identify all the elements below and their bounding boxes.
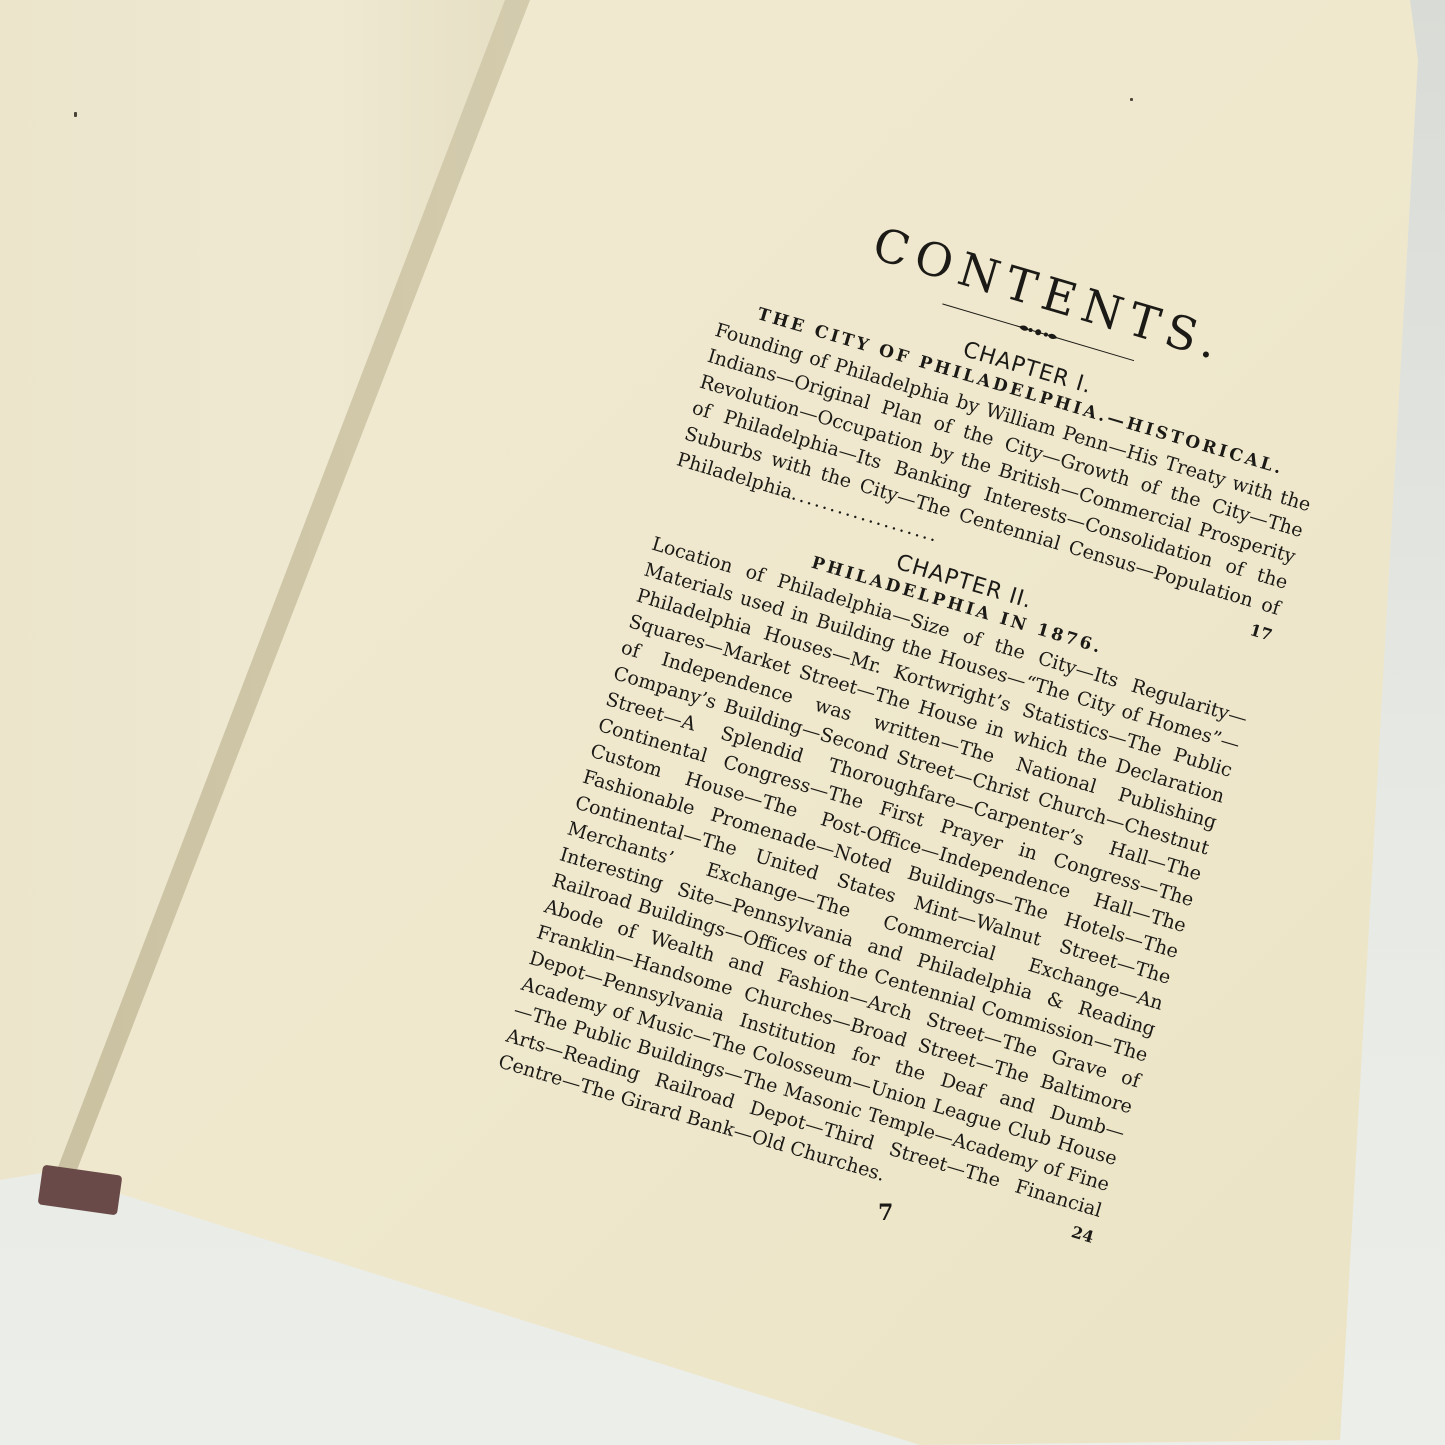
paper-speck [74, 112, 77, 117]
page-number: 7 [878, 1200, 893, 1226]
paper-speck [1130, 98, 1133, 101]
